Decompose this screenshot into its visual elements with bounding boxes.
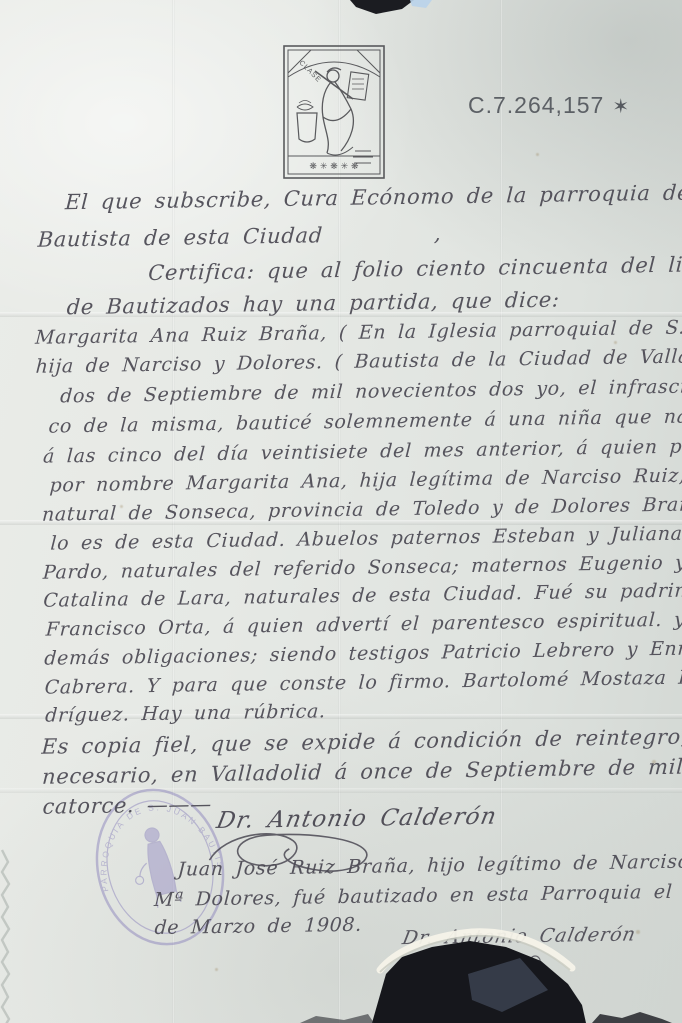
manuscript-line: á las cinco del día veintisiete del mes …	[43, 435, 682, 468]
manuscript-line: dos de Septiembre de mil novecientos dos…	[60, 374, 682, 408]
manuscript-line: demás obligaciones; siendo testigos Patr…	[44, 637, 682, 670]
manuscript-line: por nombre Margarita Ana, hija legítima …	[49, 465, 682, 497]
manuscript-text-block: El que subscribe, Cura Ecónomo de la par…	[0, 0, 682, 1023]
manuscript-line: Catalina de Lara, naturales de esta Ciud…	[43, 579, 682, 611]
manuscript-line: Cabrera. Y para que conste lo firmo. Bar…	[44, 666, 682, 699]
manuscript-line: Margarita Ana Ruiz Braña, ( En la Iglesi…	[35, 316, 682, 349]
manuscript-line: Certifica: que al folio ciento cincuenta…	[148, 251, 682, 285]
manuscript-line: de Marzo de 1908.	[154, 914, 363, 939]
manuscript-line: necesario, en Valladolid á once de Septi…	[41, 752, 682, 788]
manuscript-line: Es copia fiel, que se expide á condición…	[41, 723, 682, 759]
manuscript-line: hija de Narciso y Dolores. ( Bautista de…	[35, 344, 682, 377]
manuscript-line: Pardo, naturales del referido Sonseca; m…	[42, 552, 682, 584]
manuscript-line: de Bautizados hay una partida, que dice:	[66, 288, 560, 320]
manuscript-line: natural de Sonseca, provincia de Toledo …	[41, 492, 682, 525]
manuscript-line: catorce. ———	[42, 792, 213, 819]
manuscript-line: Francisco Orta, á quien advertí el paren…	[45, 609, 682, 641]
manuscript-line: lo es de esta Ciudad. Abuelos paternos E…	[50, 523, 682, 555]
document-photo: CLASE ❋ ✳ ❋ ✳ ❋ C.7.264,157✶	[0, 0, 682, 1023]
manuscript-line: dríguez. Hay una rúbrica.	[45, 700, 327, 726]
manuscript-line: El que subscribe, Cura Ecónomo de la par…	[64, 179, 682, 214]
signature-rubric-flourish-2	[407, 943, 558, 1001]
manuscript-line: co de la misma, bauticé solemnemente á u…	[48, 405, 682, 438]
manuscript-line: Bautista de esta Ciudad ,	[37, 221, 442, 251]
